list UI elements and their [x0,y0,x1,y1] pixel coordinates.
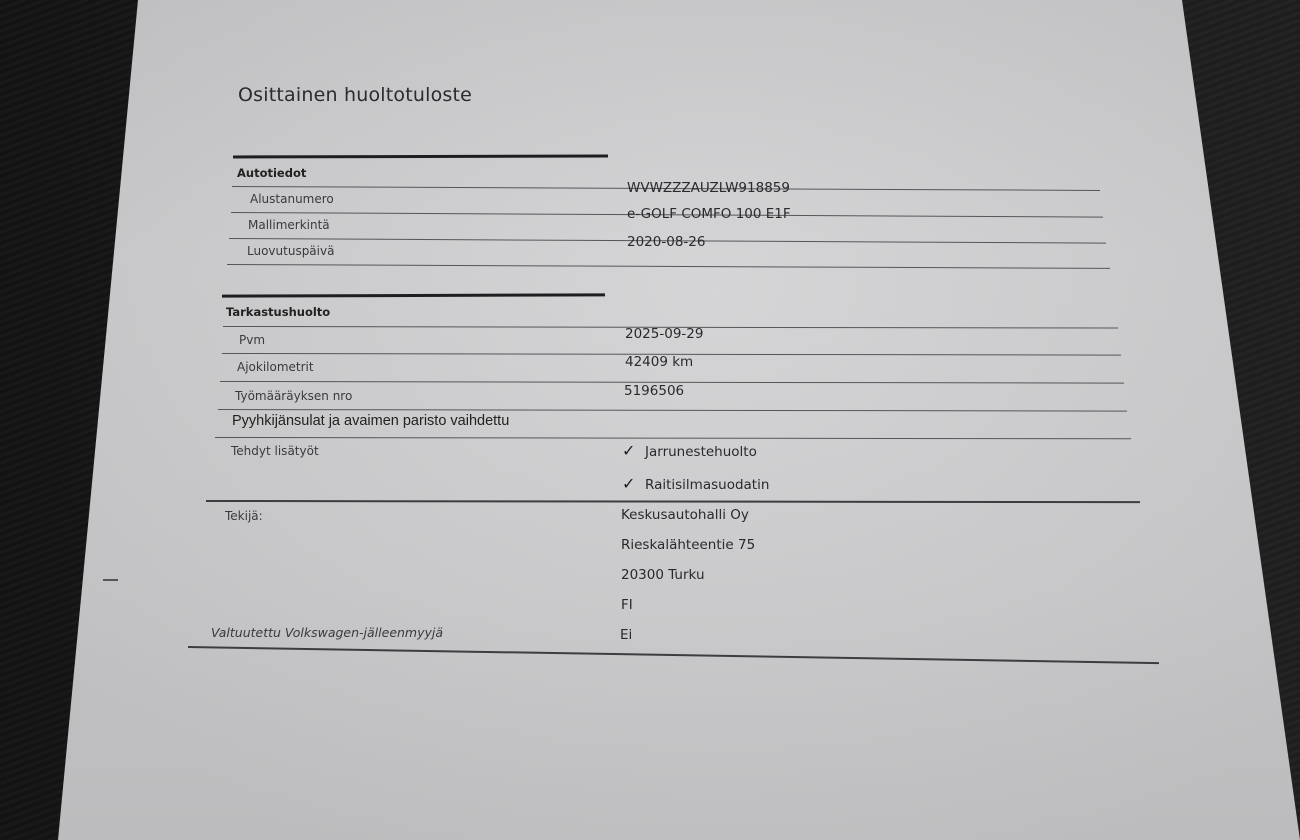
authorized-dealer-value: Ei [620,627,632,643]
extra-work-label: Tehdyt lisätyöt [231,444,319,458]
field-label-date: Pvm [239,333,265,347]
section-heading-service: Tarkastushuolto [226,305,330,319]
field-value-date: 2025-09-29 [625,326,703,342]
field-label-delivery-date: Luovutuspäivä [247,244,334,258]
extra-work-item-label: Raitisilmasuodatin [645,477,769,493]
field-value-mileage: 42409 km [625,354,693,370]
field-value-vin: WVWZZZAUZLW918859 [627,180,790,196]
checkmark-icon: ✓ [622,441,636,460]
divider [188,646,1159,664]
divider [218,409,1127,412]
divider [215,437,1131,440]
field-label-vin: Alustanumero [250,192,334,206]
performer-name: Keskusautohalli Oy [621,507,749,523]
field-label-model: Mallimerkintä [248,218,330,232]
field-value-work-order: 5196506 [624,383,684,399]
field-value-model: e-GOLF COMFO 100 E1F [627,206,791,222]
field-value-delivery-date: 2020-08-26 [627,234,705,250]
margin-mark [103,579,118,581]
field-label-work-order: Työmääräyksen nro [235,389,352,403]
section-bar-service [222,293,605,297]
authorized-dealer-label: Valtuutettu Volkswagen-jälleenmyyjä [211,625,443,640]
performer-label: Tekijä: [225,509,263,523]
divider [227,264,1110,269]
performer-city: 20300 Turku [621,567,705,583]
divider [206,500,1140,503]
checkmark-icon: ✓ [622,474,636,493]
extra-work-item-label: Jarrunestehuolto [645,444,757,460]
extra-work-item: ✓Jarrunestehuolto [622,441,757,460]
performer-country: FI [621,597,633,613]
page-title: Osittainen huoltotuloste [238,84,472,106]
service-printout: Osittainen huoltotuloste Autotiedot Alus… [0,0,1300,840]
performer-street: Rieskalähteentie 75 [621,537,755,553]
extra-work-item: ✓Raitisilmasuodatin [622,474,769,493]
section-heading-vehicle: Autotiedot [237,166,306,180]
field-label-mileage: Ajokilometrit [237,360,314,374]
section-bar-vehicle [233,155,608,159]
service-note: Pyyhkijänsulat ja avaimen paristo vaihde… [232,413,509,429]
